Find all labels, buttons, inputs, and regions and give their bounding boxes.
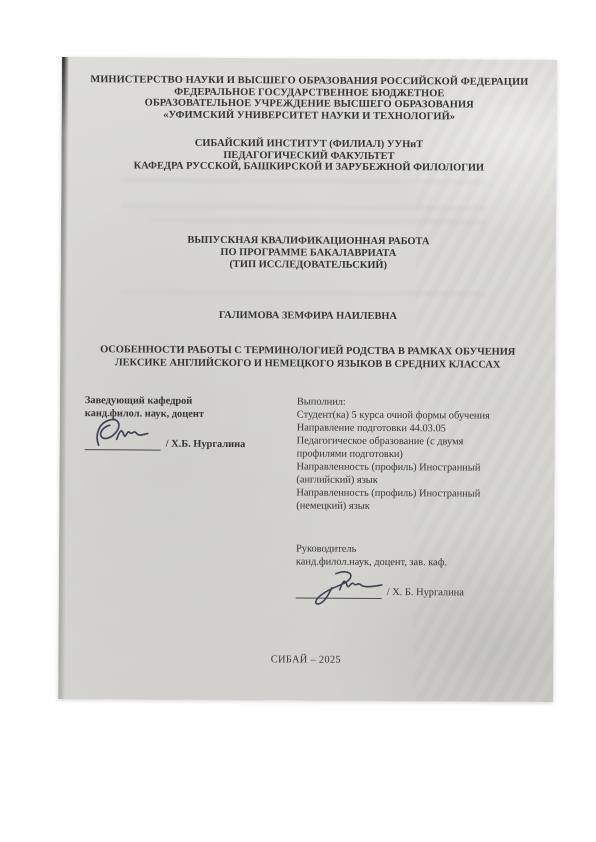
bleed-through-artifact <box>151 218 486 225</box>
signature-blank-line <box>296 586 382 599</box>
ministry-header: МИНИСТЕРСТВО НАУКИ И ВЫСШЕГО ОБРАЗОВАНИЯ… <box>62 74 557 124</box>
student-info-block: Выполнил: Студент(ка) 5 курса очной форм… <box>296 395 545 514</box>
thesis-title-line: ЛЕКСИКЕ АНГЛИЙСКОГО И НЕМЕЦКОГО ЯЗЫКОВ В… <box>68 357 547 373</box>
signature-blank-line <box>85 438 161 450</box>
head-of-department-signature-name: / Х.Б. Нургалина <box>166 438 246 451</box>
work-type-line: (ТИП ИССЛЕДОВАТЕЛЬСКИЙ) <box>61 258 556 273</box>
student-info-line: (немецкий) язык <box>296 499 544 514</box>
screenshot-canvas: МИНИСТЕРСТВО НАУКИ И ВЫСШЕГО ОБРАЗОВАНИЯ… <box>0 0 596 842</box>
department-name: КАФЕДРА РУССКОЙ, БАШКИРСКОЙ И ЗАРУБЕЖНОЙ… <box>61 160 556 175</box>
head-of-department-degree: канд.филол. наук, доцент <box>85 407 290 421</box>
head-of-department-block: Заведующий кафедрой канд.филол. наук, до… <box>85 394 290 451</box>
supervisor-block: Руководитель канд.филол.наук, доцент, за… <box>296 542 548 600</box>
bleed-through-artifact <box>121 203 486 210</box>
bleed-through-artifact <box>121 177 486 184</box>
supervisor-signature-name: / Х. Б. Нургалина <box>387 586 464 599</box>
city-year-footer: СИБАЙ – 2025 <box>58 653 553 667</box>
institute-block: СИБАЙСКИЙ ИНСТИТУТ (ФИЛИАЛ) УУНиТ ПЕДАГО… <box>61 137 556 175</box>
supervisor-degree: канд.филол.наук, доцент, зав. каф. <box>296 555 548 570</box>
supervisor-signature-row: / Х. Б. Нургалина <box>296 585 548 600</box>
author-name: ГАЛИМОВА ЗЕМФИРА НАИЛЕВНА <box>60 309 555 323</box>
photographed-title-page: МИНИСТЕРСТВО НАУКИ И ВЫСШЕГО ОБРАЗОВАНИЯ… <box>58 57 557 702</box>
head-of-department-signature-row: / Х.Б. Нургалина <box>85 437 290 451</box>
university-name: «УФИМСКИЙ УНИВЕРСИТЕТ НАУКИ И ТЕХНОЛОГИЙ… <box>62 109 557 124</box>
bleed-through-artifact <box>121 289 486 296</box>
thesis-title: ОСОБЕННОСТИ РАБОТЫ С ТЕРМИНОЛОГИЕЙ РОДСТ… <box>60 344 555 372</box>
work-type-block: ВЫПУСКНАЯ КВАЛИФИКАЦИОННАЯ РАБОТА ПО ПРО… <box>61 234 556 273</box>
head-of-department-role: Заведующий кафедрой <box>85 394 290 408</box>
